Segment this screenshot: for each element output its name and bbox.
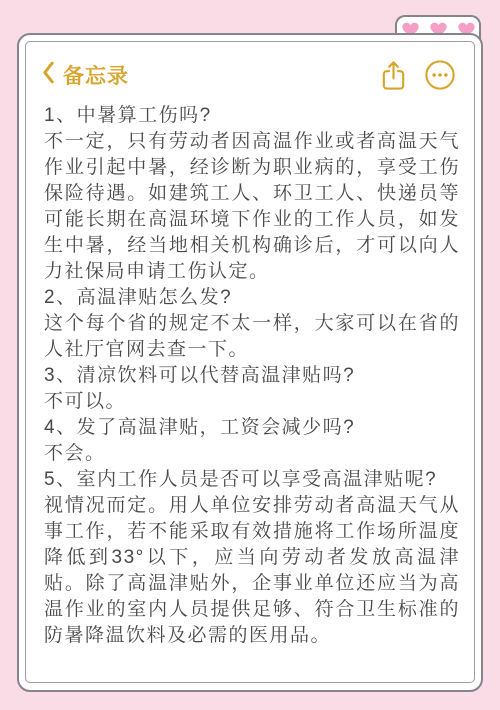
answer: 这个每个省的规定不太一样，大家可以在省的人社厅官网去查一下。 (44, 311, 460, 363)
question: 3、清凉饮料可以代替高温津贴吗? (44, 363, 460, 389)
header-actions (379, 59, 456, 91)
question: 4、发了高温津贴，工资会减少吗? (44, 415, 460, 441)
question: 2、高温津贴怎么发? (44, 285, 460, 311)
back-button[interactable]: 备忘录 (42, 60, 129, 90)
screen: 备忘录 1、中暑算工伤吗? 不一定，只有劳动者因高温作业或者高温天气作业引起中暑… (0, 0, 500, 710)
note-header: 备忘录 (26, 42, 474, 94)
back-button-label: 备忘录 (63, 60, 129, 90)
share-icon (379, 79, 408, 94)
question: 5、室内工作人员是否可以享受高温津贴呢? (44, 467, 460, 493)
chevron-left-icon (42, 61, 55, 90)
answer: 视情况而定。用人单位安排劳动者高温天气从事工作，若不能采取有效措施将工作场所温度… (44, 493, 460, 649)
note-inner-frame: 备忘录 1、中暑算工伤吗? 不一定，只有劳动者因高温作业或者高温天气作业引起中暑… (25, 41, 475, 683)
note-card: 备忘录 1、中暑算工伤吗? 不一定，只有劳动者因高温作业或者高温天气作业引起中暑… (17, 33, 483, 692)
more-button[interactable] (424, 59, 456, 91)
more-ellipsis-icon (424, 79, 456, 94)
share-button[interactable] (379, 59, 408, 91)
answer: 不可以。 (44, 389, 460, 415)
answer: 不会。 (44, 441, 460, 467)
note-body: 1、中暑算工伤吗? 不一定，只有劳动者因高温作业或者高温天气作业引起中暑，经诊断… (44, 103, 460, 649)
answer: 不一定，只有劳动者因高温作业或者高温天气作业引起中暑，经诊断为职业病的，享受工伤… (44, 129, 460, 285)
question: 1、中暑算工伤吗? (44, 103, 460, 129)
